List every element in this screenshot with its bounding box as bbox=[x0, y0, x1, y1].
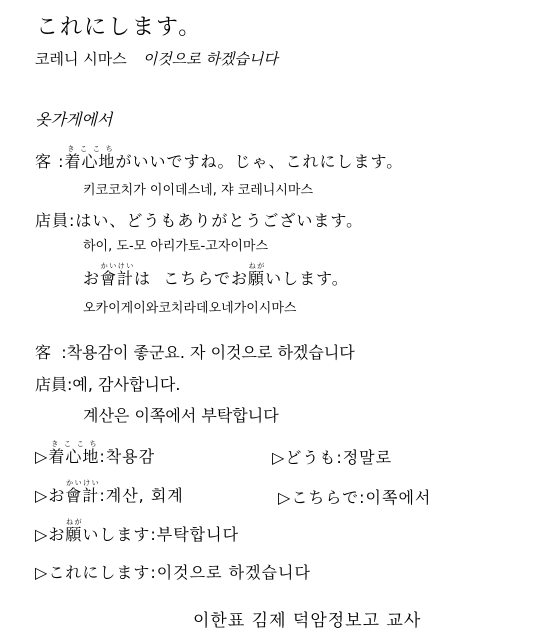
dialogue-kr-line-2: 店員:예, 감사합니다. bbox=[35, 372, 180, 395]
speaker-label: 店員 bbox=[35, 375, 67, 394]
vocab-meaning: :이쪽에서 bbox=[359, 488, 431, 507]
vocab-item-1: ▷着心地きここち:착용감 bbox=[35, 440, 155, 467]
speaker-label: 客 bbox=[35, 152, 52, 171]
vocab-item-3: ▷お會計かいけい:계산, 회계 bbox=[35, 479, 184, 506]
triangle-bullet-icon: ▷ bbox=[35, 525, 48, 544]
dialogue-jp-line-2: 店員:はい、どうもありがとうございます。 bbox=[35, 208, 363, 231]
dialogue-reading-2: 하이, 도-모 아리가토-고자이마스 bbox=[83, 235, 268, 254]
author-credit: 이한표 김제 덕암정보고 교사 bbox=[193, 606, 421, 631]
speaker-colon: : bbox=[52, 152, 64, 171]
vocab-item-6: ▷これにします:이것으로 하겠습니다 bbox=[35, 560, 311, 583]
dialogue-jp-line-3: お會計かいけいは こちらでお願ねがいします。 bbox=[83, 262, 349, 289]
translation-text: 착용감이 좋군요. 자 이것으로 하겠습니다 bbox=[67, 343, 355, 362]
translation-text: 예, 감사합니다. bbox=[72, 375, 180, 394]
dialogue-kr-line-3: 계산은 이쪽에서 부탁합니다 bbox=[83, 403, 279, 426]
furigana-word: 願ねが bbox=[65, 525, 82, 544]
title-subtitle: 코레니 시마스이것으로 하겠습니다 bbox=[35, 48, 278, 69]
furigana-word: 願ねが bbox=[248, 269, 265, 288]
vocab-item-5: ▷お願ねがいします:부탁합니다 bbox=[35, 518, 239, 545]
furigana-word: 着心地きここち bbox=[65, 152, 116, 171]
scene-heading: 옷가게에서 bbox=[35, 107, 112, 130]
triangle-bullet-icon: ▷ bbox=[35, 486, 48, 505]
vocab-item-2: ▷どうも:정말로 bbox=[272, 445, 392, 468]
dialogue-text: がいいですね。じゃ、これにします。 bbox=[116, 152, 404, 171]
dialogue-reading-1: 키코코치가 이이데스네, 쟈 코레니시마스 bbox=[83, 179, 313, 198]
dialogue-jp-line-1: 客 :着心地きここちがいいですね。じゃ、これにします。 bbox=[35, 145, 403, 172]
triangle-bullet-icon: ▷ bbox=[35, 447, 48, 466]
dialogue-kr-line-1: 客 :착용감이 좋군요. 자 이것으로 하겠습니다 bbox=[35, 340, 355, 363]
vocab-term: どうも bbox=[285, 448, 336, 467]
vocab-item-4: ▷こちらで:이쪽에서 bbox=[278, 485, 431, 508]
dialogue-reading-3: 오카이게이와코치라데오네가이시마스 bbox=[83, 297, 297, 316]
vocab-meaning: :부탁합니다 bbox=[150, 525, 239, 544]
vocab-meaning: :착용감 bbox=[99, 447, 155, 466]
vocab-meaning: :계산, 회계 bbox=[99, 486, 183, 505]
vocab-meaning: :이것으로 하겠습니다 bbox=[150, 563, 311, 582]
speaker-colon: : bbox=[51, 343, 67, 362]
title-meaning: 이것으로 하겠습니다 bbox=[143, 50, 278, 68]
furigana-word: 着心地きここち bbox=[48, 447, 99, 466]
title-reading: 코레니 시마스 bbox=[35, 50, 127, 68]
furigana-word: 會計かいけい bbox=[65, 486, 99, 505]
furigana-word: 會計かいけい bbox=[100, 269, 134, 288]
speaker-label: 客 bbox=[35, 343, 51, 362]
vocab-meaning: :정말로 bbox=[336, 448, 392, 467]
triangle-bullet-icon: ▷ bbox=[35, 563, 48, 582]
speaker-label: 店員 bbox=[35, 211, 69, 230]
vocab-term: これにします bbox=[48, 563, 150, 582]
vocab-term: こちらで bbox=[291, 488, 359, 507]
triangle-bullet-icon: ▷ bbox=[272, 448, 285, 467]
dialogue-text: はい、どうもありがとうございます。 bbox=[75, 211, 363, 230]
page-title: これにします。 bbox=[36, 10, 202, 41]
triangle-bullet-icon: ▷ bbox=[278, 488, 291, 507]
